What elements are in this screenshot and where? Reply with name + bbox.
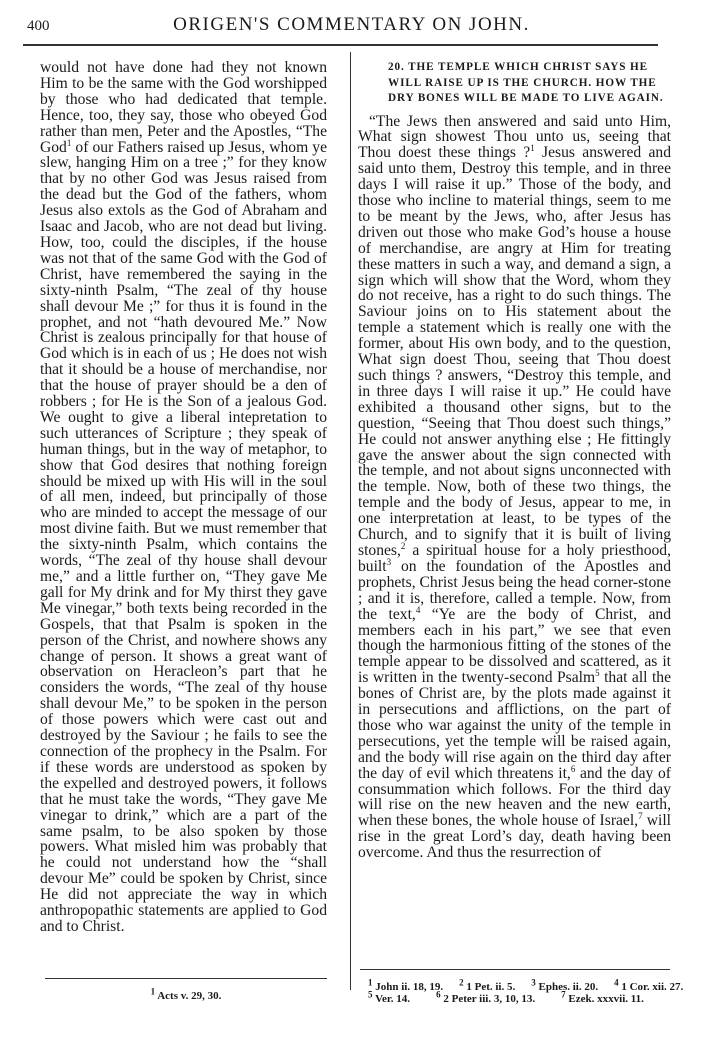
footnote-marker: 5: [368, 989, 373, 999]
column-divider: [350, 52, 351, 990]
footnote-marker: 7: [561, 989, 566, 999]
section-heading: 20. THE TEMPLE WHICH CHRIST SAYS HE WILL…: [358, 60, 671, 107]
footnote-item: 4 1 Cor. xii. 27.: [614, 981, 691, 993]
footnote-text: 1 Pet. ii. 5.: [466, 981, 515, 993]
header-rule: [23, 44, 658, 46]
left-column: would not have done had they not known H…: [40, 60, 327, 935]
footnote-item: 3 Ephes. ii. 20.: [531, 981, 606, 993]
footnote-marker: 2: [459, 977, 464, 987]
footnote-text: 2 Peter iii. 3, 10, 13.: [443, 993, 535, 1005]
footnote-row: 1 John ii. 18, 19. 2 1 Pet. ii. 5. 3 Eph…: [368, 981, 678, 993]
footnote-marker: 6: [436, 989, 441, 999]
text-run: Jesus answered and said unto them, Destr…: [358, 144, 671, 559]
footnote-marker: 1: [368, 977, 373, 987]
footnote-item: 7 Ezek. xxxvii. 11.: [561, 993, 652, 1005]
footnote-rule-right: [360, 969, 670, 970]
right-column: 20. THE TEMPLE WHICH CHRIST SAYS HE WILL…: [358, 60, 671, 861]
footnote-row: 5 Ver. 14. 6 2 Peter iii. 3, 10, 13. 7 E…: [368, 993, 678, 1005]
right-body-paragraph: “The Jews then answered and said unto Hi…: [358, 114, 671, 862]
footnote-text: Ephes. ii. 20.: [539, 981, 599, 993]
footnotes-left: 1 Acts v. 29, 30.: [45, 990, 327, 1002]
footnote-text: Acts v. 29, 30.: [157, 990, 221, 1002]
footnote-item: 2 1 Pet. ii. 5.: [459, 981, 523, 993]
footnote-text: 1 Cor. xii. 27.: [621, 981, 683, 993]
footnote-marker: 4: [614, 977, 619, 987]
footnote-text: John ii. 18, 19.: [375, 981, 443, 993]
footnote-text: Ver. 14.: [375, 993, 410, 1005]
footnote-marker: 1: [151, 986, 156, 996]
footnotes-right: 1 John ii. 18, 19. 2 1 Pet. ii. 5. 3 Eph…: [368, 981, 678, 1005]
running-title: ORIGEN'S COMMENTARY ON JOHN.: [0, 14, 703, 36]
footnote-marker: 3: [531, 977, 536, 987]
footnote-item: 5 Ver. 14.: [368, 993, 418, 1005]
left-body-paragraph: would not have done had they not known H…: [40, 60, 327, 935]
text-run: of our Fathers raised up Jesus, whom ye …: [40, 139, 327, 935]
footnote-item: 6 2 Peter iii. 3, 10, 13.: [436, 993, 543, 1005]
footnote-rule-left: [45, 978, 327, 979]
footnote-text: Ezek. xxxvii. 11.: [568, 993, 643, 1005]
